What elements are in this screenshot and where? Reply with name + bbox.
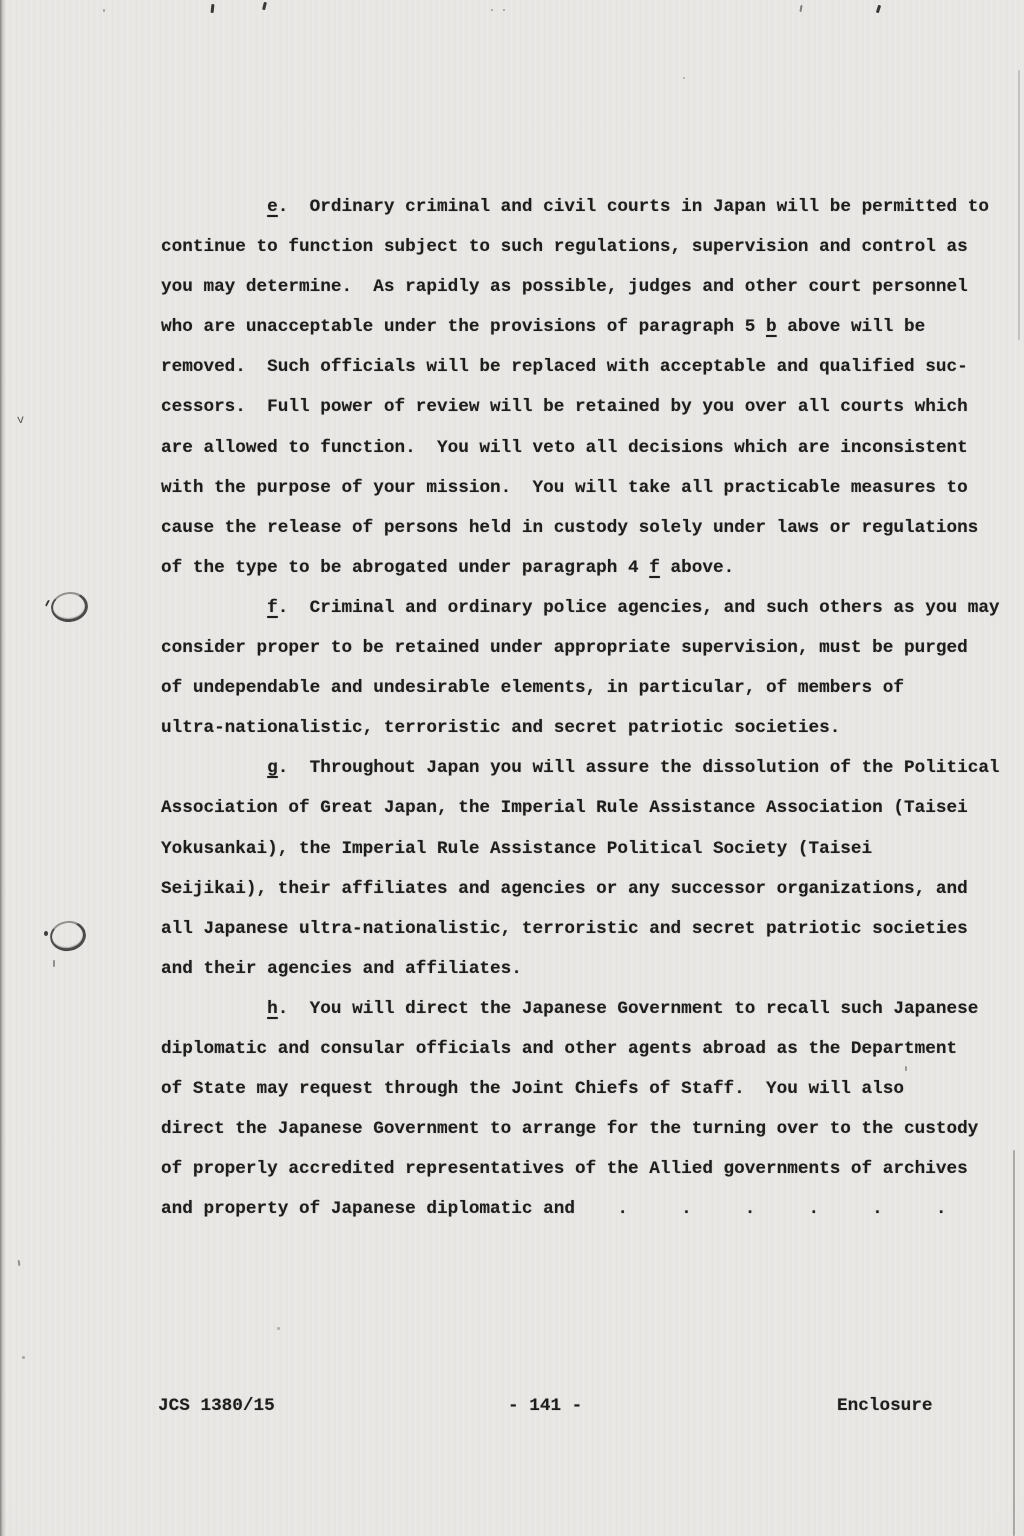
text-line: consider proper to be retained under app… — [161, 628, 1000, 668]
text-segment: . You will direct the Japanese Governmen… — [278, 999, 979, 1019]
text-segment: above will be — [777, 317, 926, 337]
text-segment: all Japanese ultra-nationalistic, terror… — [161, 919, 968, 939]
scan-speck — [211, 4, 215, 13]
text-segment: ultra-nationalistic, terroristic and sec… — [161, 718, 840, 738]
text-segment — [161, 758, 267, 778]
footer-enclosure-label: Enclosure — [837, 1396, 933, 1416]
text-line: direct the Japanese Government to arrang… — [161, 1109, 1000, 1149]
text-line: Yokusankai), the Imperial Rule Assistanc… — [161, 829, 1000, 869]
text-segment: direct the Japanese Government to arrang… — [161, 1119, 978, 1139]
text-segment: of the type to be abrogated under paragr… — [161, 558, 649, 578]
text-segment: Seijikai), their affiliates and agencies… — [161, 879, 968, 899]
scan-speck — [103, 9, 105, 12]
scan-speck — [876, 5, 881, 14]
text-segment — [161, 598, 267, 618]
text-line: removed. Such officials will be replaced… — [161, 347, 1000, 387]
hole-punch-mark — [48, 918, 89, 954]
text-segment: cause the release of persons held in cus… — [161, 518, 978, 538]
scan-pencil-mark: v — [17, 413, 25, 427]
text-segment: Association of Great Japan, the Imperial… — [161, 798, 968, 818]
scan-speck — [491, 9, 493, 11]
text-line: all Japanese ultra-nationalistic, terror… — [161, 909, 1000, 949]
underlined-letter: e — [267, 197, 278, 217]
text-line: continue to function subject to such reg… — [161, 227, 1000, 267]
text-line: of undependable and undesirable elements… — [161, 668, 1000, 708]
text-segment: Yokusankai), the Imperial Rule Assistanc… — [161, 839, 872, 859]
text-segment: you may determine. As rapidly as possibl… — [161, 277, 968, 297]
text-segment: of State may request through the Joint C… — [161, 1079, 904, 1099]
text-line: you may determine. As rapidly as possibl… — [161, 267, 1000, 307]
text-line: g. Throughout Japan you will assure the … — [161, 748, 1000, 788]
scan-speck — [22, 1356, 25, 1359]
text-line: cause the release of persons held in cus… — [161, 508, 1000, 548]
footer-document-id: JCS 1380/15 — [158, 1396, 275, 1416]
text-segment: . Ordinary criminal and civil courts in … — [278, 197, 989, 217]
text-segment: continue to function subject to such reg… — [161, 237, 968, 257]
text-line: of the type to be abrogated under paragr… — [161, 548, 1000, 588]
scan-left-edge-shadow — [0, 0, 6, 1536]
text-line: with the purpose of your mission. You wi… — [161, 468, 1000, 508]
text-line: cessors. Full power of review will be re… — [161, 387, 1000, 427]
text-segment: diplomatic and consular officials and ot… — [161, 1039, 957, 1059]
text-segment: of undependable and undesirable elements… — [161, 678, 904, 698]
text-line: diplomatic and consular officials and ot… — [161, 1029, 1000, 1069]
hole-punch-mark-nub — [44, 931, 48, 936]
underlined-letter: b — [766, 317, 777, 337]
text-line: h. You will direct the Japanese Governme… — [161, 989, 1000, 1029]
text-line: are allowed to function. You will veto a… — [161, 428, 1000, 468]
text-segment: removed. Such officials will be replaced… — [161, 357, 968, 377]
text-segment: and their agencies and affiliates. — [161, 959, 522, 979]
text-segment: who are unacceptable under the provision… — [161, 317, 766, 337]
text-line: Association of Great Japan, the Imperial… — [161, 788, 1000, 828]
scan-speck — [18, 1260, 21, 1266]
text-line: e. Ordinary criminal and civil courts in… — [161, 187, 1000, 227]
text-segment: . Criminal and ordinary police agencies,… — [278, 598, 1000, 618]
text-segment: consider proper to be retained under app… — [161, 638, 968, 658]
text-line: of properly accredited representatives o… — [161, 1149, 1000, 1189]
underlined-letter: f — [267, 598, 278, 618]
text-line: f. Criminal and ordinary police agencies… — [161, 588, 1000, 628]
text-segment: with the purpose of your mission. You wi… — [161, 478, 968, 498]
underlined-letter: f — [649, 558, 660, 578]
underlined-letter: g — [267, 758, 278, 778]
document-body: e. Ordinary criminal and civil courts in… — [161, 187, 1000, 1229]
underlined-letter: h — [267, 999, 278, 1019]
text-segment: of properly accredited representatives o… — [161, 1159, 968, 1179]
text-line: and their agencies and affiliates. — [161, 949, 1000, 989]
hole-punch-mark — [49, 590, 89, 624]
text-segment — [161, 197, 267, 217]
scanned-document-page: v e. Ordinary criminal and civil courts … — [0, 0, 1024, 1536]
text-segment: and property of Japanese diplomatic and … — [161, 1199, 946, 1219]
text-line: ultra-nationalistic, terroristic and sec… — [161, 708, 1000, 748]
text-line: of State may request through the Joint C… — [161, 1069, 1000, 1109]
scan-speck — [799, 5, 802, 12]
text-segment: are allowed to function. You will veto a… — [161, 438, 968, 458]
scan-speck — [503, 9, 505, 11]
footer-page-number: - 141 - — [508, 1396, 582, 1416]
text-segment — [161, 999, 267, 1019]
text-line: who are unacceptable under the provision… — [161, 307, 1000, 347]
text-segment: . Throughout Japan you will assure the d… — [278, 758, 1000, 778]
scan-speck — [277, 1327, 280, 1330]
text-line: Seijikai), their affiliates and agencies… — [161, 869, 1000, 909]
scan-speck — [262, 2, 267, 10]
text-segment: above. — [660, 558, 734, 578]
text-line: and property of Japanese diplomatic and … — [161, 1189, 1000, 1229]
scan-speck — [53, 960, 55, 967]
scan-right-edge-line-top — [1018, 70, 1020, 340]
text-segment: cessors. Full power of review will be re… — [161, 397, 968, 417]
scan-right-edge-line-bottom — [1013, 1150, 1015, 1536]
scan-speck — [683, 77, 685, 79]
